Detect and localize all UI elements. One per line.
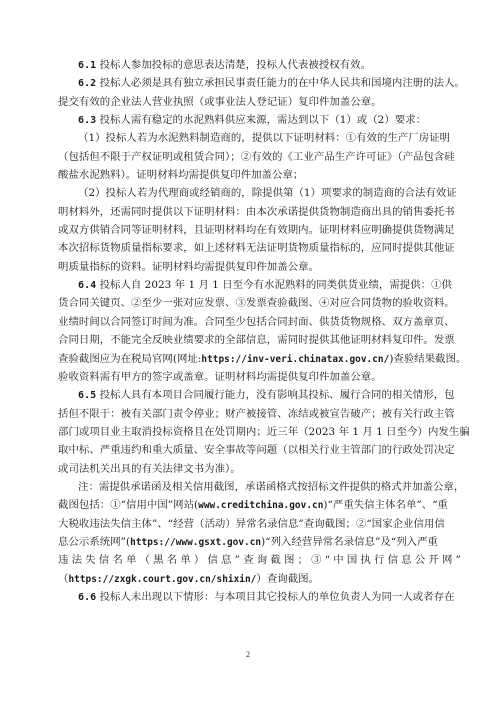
paragraph-6-4-line-5: 查验截图应为在税局官网(网址:https://inv-veri.chinatax…: [58, 350, 438, 368]
paragraph-6-3-2-line-3: 或双方供销合同等证明材料，且证明材料均在有效期内。证明材料应明确提供货物满足: [58, 221, 438, 239]
clause-number: 6.2: [78, 78, 96, 89]
clause-number: 6.5: [78, 390, 96, 401]
note-line-5: 违法失信名单（黑名单）信息”查询截图；③“中国执行信息公开网”: [58, 551, 438, 569]
paragraph-6-3-2-line-4: 本次招标货物质量指标要求，如上述材料无法证明货物质量指标的，应同时提供其他证: [58, 239, 438, 257]
creditchina-url: www.creditchina.gov.cn: [198, 500, 323, 511]
gsxt-url: https://www.gsxt.gov.cn: [130, 537, 261, 548]
note-line-3: 大税收违法失信主体”、“经营（活动）异常名录信息”查询截图；②“国家企业信用信: [58, 515, 438, 533]
clause-number: 6.4: [78, 280, 96, 291]
paragraph-6-3-line-1: 6.3 投标人需有稳定的水泥熟料供应来源，需达到以下（1）或（2）要求：: [58, 111, 438, 129]
paragraph-6-4-line-1: 6.4 投标人自 2023 年 1 月 1 日至今有水泥熟料的同类供货业绩，需提…: [58, 276, 438, 294]
paragraph-6-4-line-6: 验收资料需有甲方的签字或盖章。证明材料均需提供复印件加盖公章。: [58, 368, 438, 386]
clause-number: 6.3: [78, 115, 96, 126]
document-page: 6.1 投标人参加投标的意思表达清楚，投标人代表被授权有效。 6.2 投标人必须…: [0, 0, 496, 702]
note-line-1: 注：需提供承诺函及相关信用截图，承诺函格式按招标文件提供的格式并加盖公章，: [58, 478, 438, 496]
paragraph-6-4-line-4: 合同日期，不能完全反映业绩要求的全部信息，需同时提供其他证明材料复印件。发票: [58, 331, 438, 349]
paragraph-6-5-line-3: 部门或项目业主取消投标资格且在处罚期内；近三年（2023 年 1 月 1 日至今…: [58, 423, 438, 441]
paragraph-6-6-line-1: 6.6 投标人未出现以下情形：与本项目其它投标人的单位负责人为同一人或者存在: [58, 588, 438, 606]
paragraph-6-5-line-5: 或司法机关出具的有关法律文书为准）。: [58, 460, 438, 478]
paragraph-6-4-line-3: 业绩时间以合同签订时间为准。合同至少包括合同封面、供货货物规格、双方盖章页、: [58, 313, 438, 331]
paragraph-6-2-line-1: 6.2 投标人必须是具有独立承担民事责任能力的在中华人民共和国境内注册的法人。: [58, 74, 438, 92]
note-line-2: 截图包括：①“信用中国”网站(www.creditchina.gov.cn)“严…: [58, 496, 438, 514]
paragraph-6-4-line-2: 货合同关键页、②至少一张对应发票、③发票查验截图、④对应合同货物的验收资料。: [58, 294, 438, 312]
note-line-6: （https://zxgk.court.gov.cn/shixin/）查询截图。: [58, 570, 438, 588]
paragraph-6-5-line-4: 取中标、严重违约和重大质量、安全事故等问题（以相关行业主管部门的行政处罚决定: [58, 441, 438, 459]
paragraph-6-3-2-line-5: 明质量指标的资料。证明材料均需提供复印件加盖公章。: [58, 258, 438, 276]
note-line-4: 息公示系统网”(https://www.gsxt.gov.cn)“列入经营异常名…: [58, 533, 438, 551]
paragraph-6-3-2-line-2: 明材料外，还需同时提供以下证明材料：由本次承诺提供货物制造商出具的销售委托书: [58, 203, 438, 221]
paragraph-6-2-line-2: 提交有效的企业法人营业执照（或事业法人登记证）复印件加盖公章。: [58, 93, 438, 111]
paragraph-6-5-line-1: 6.5 投标人具有本项目合同履行能力，没有影响其投标、履行合同的相关情形，包: [58, 386, 438, 404]
clause-number: 6.6: [78, 592, 96, 603]
paragraph-6-3-1-line-1: （1）投标人若为水泥熟料制造商的，提供以下证明材料：①有效的生产厂房证明: [58, 129, 438, 147]
document-body: 6.1 投标人参加投标的意思表达清楚，投标人代表被授权有效。 6.2 投标人必须…: [58, 56, 438, 606]
paragraph-6-3-1-line-2: （包括但不限于产权证明或租赁合同）；②有效的《工业产品生产许可证》（产品包含硅: [58, 148, 438, 166]
clause-number: 6.1: [78, 60, 96, 71]
paragraph-6-1-line-1: 6.1 投标人参加投标的意思表达清楚，投标人代表被授权有效。: [58, 56, 438, 74]
tax-verification-url: https://inv-veri.chinatax.gov.cn/: [201, 354, 389, 365]
paragraph-6-5-line-2: 括但不限于：被有关部门责令停业；财产被接管、冻结或被宣告破产；被有关行政主管: [58, 405, 438, 423]
paragraph-6-3-1-line-3: 酸盐水泥熟料）。证明材料均需提供复印件加盖公章；: [58, 166, 438, 184]
page-number: 2: [0, 650, 496, 659]
paragraph-6-3-2-line-1: （2）投标人若为代理商或经销商的，除提供第（1）项要求的制造商的合法有效证: [58, 184, 438, 202]
zxgk-court-url: https://zxgk.court.gov.cn/shixin/: [68, 574, 256, 585]
